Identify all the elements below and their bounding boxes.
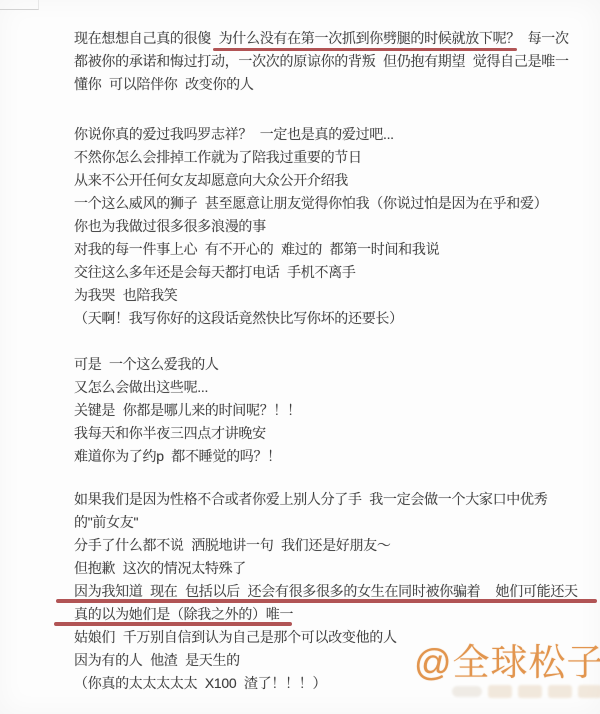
faint-watermark-glyph [452, 686, 482, 697]
red-underline-mark [213, 48, 517, 51]
text-column: 现在想想自己真的很傻 为什么没有在第一次抓到你劈腿的时候就放下呢？ 每一次都被你… [74, 27, 594, 695]
text-line: 可是 一个这么爱我的人 [74, 353, 594, 376]
faint-watermark-glyph [518, 685, 542, 698]
paragraph: 现在想想自己真的很傻 为什么没有在第一次抓到你劈腿的时候就放下呢？ 每一次都被你… [74, 27, 594, 96]
text-line: 为我哭 也陪我笑 [74, 284, 594, 307]
text-line: 现在想想自己真的很傻 为什么没有在第一次抓到你劈腿的时候就放下呢？ 每一次 [74, 27, 594, 50]
text-line: 又怎么会做出这些呢... [74, 376, 594, 399]
text-line: 从来不公开任何女友却愿意向大众公开介绍我 [74, 169, 594, 192]
paragraph: 你说你真的爱过我吗罗志祥？ 一定也是真的爱过吧...不然你怎么会排掉工作就为了陪… [74, 123, 594, 330]
text-line: 的"前女友" [74, 511, 594, 534]
red-underline-mark [54, 622, 292, 626]
text-line: 我每天和你半夜三四点才讲晚安 [74, 422, 594, 445]
red-underline-mark [56, 599, 597, 603]
text-line: 难道你为了约p 都不睡觉的吗？！ [74, 445, 594, 468]
page: 现在想想自己真的很傻 为什么没有在第一次抓到你劈腿的时候就放下呢？ 每一次都被你… [0, 0, 600, 714]
text-line: （天啊！我写你好的这段话竟然快比写你坏的还要长） [74, 307, 594, 330]
faint-watermark-glyph [578, 685, 600, 698]
text-line: 你说你真的爱过我吗罗志祥？ 一定也是真的爱过吧... [74, 123, 594, 146]
faint-watermark [452, 685, 600, 698]
text-line: 你也为我做过很多很多浪漫的事 [74, 215, 594, 238]
paragraph: 可是 一个这么爱我的人又怎么会做出这些呢...关键是 你都是哪儿来的时间呢？！！… [74, 353, 594, 468]
text-line: 关键是 你都是哪儿来的时间呢？！！ [74, 399, 594, 422]
text-line: 不然你怎么会排掉工作就为了陪我过重要的节日 [74, 146, 594, 169]
text-line: 交往这么多年还是会每天都打电话 手机不离手 [74, 261, 594, 284]
text-line: 懂你 可以陪伴你 改变你的人 [74, 73, 594, 96]
text-line: 如果我们是因为性格不合或者你爱上别人分了手 我一定会做一个大家口中优秀 [74, 488, 594, 511]
faint-watermark-glyph [488, 685, 512, 698]
faint-watermark-glyph [548, 685, 572, 698]
text-line: 一个这么威风的狮子 甚至愿意让朋友觉得你怕我（你说过怕是因为在乎和爱） [74, 192, 594, 215]
text-line: 但抱歉 这次的情况太特殊了 [74, 557, 594, 580]
author-watermark: @全球松子 [414, 642, 600, 684]
text-line: 分手了什么都不说 洒脱地讲一句 我们还是好朋友～ [74, 534, 594, 557]
page-corner-artifact [0, 0, 39, 10]
text-line: 对我的每一件事上心 有不开心的 难过的 都第一时间和我说 [74, 238, 594, 261]
text-line: 都被你的承诺和悔过打动，一次次的原谅你的背叛 但仍抱有期望 觉得自己是唯一 [74, 50, 594, 73]
